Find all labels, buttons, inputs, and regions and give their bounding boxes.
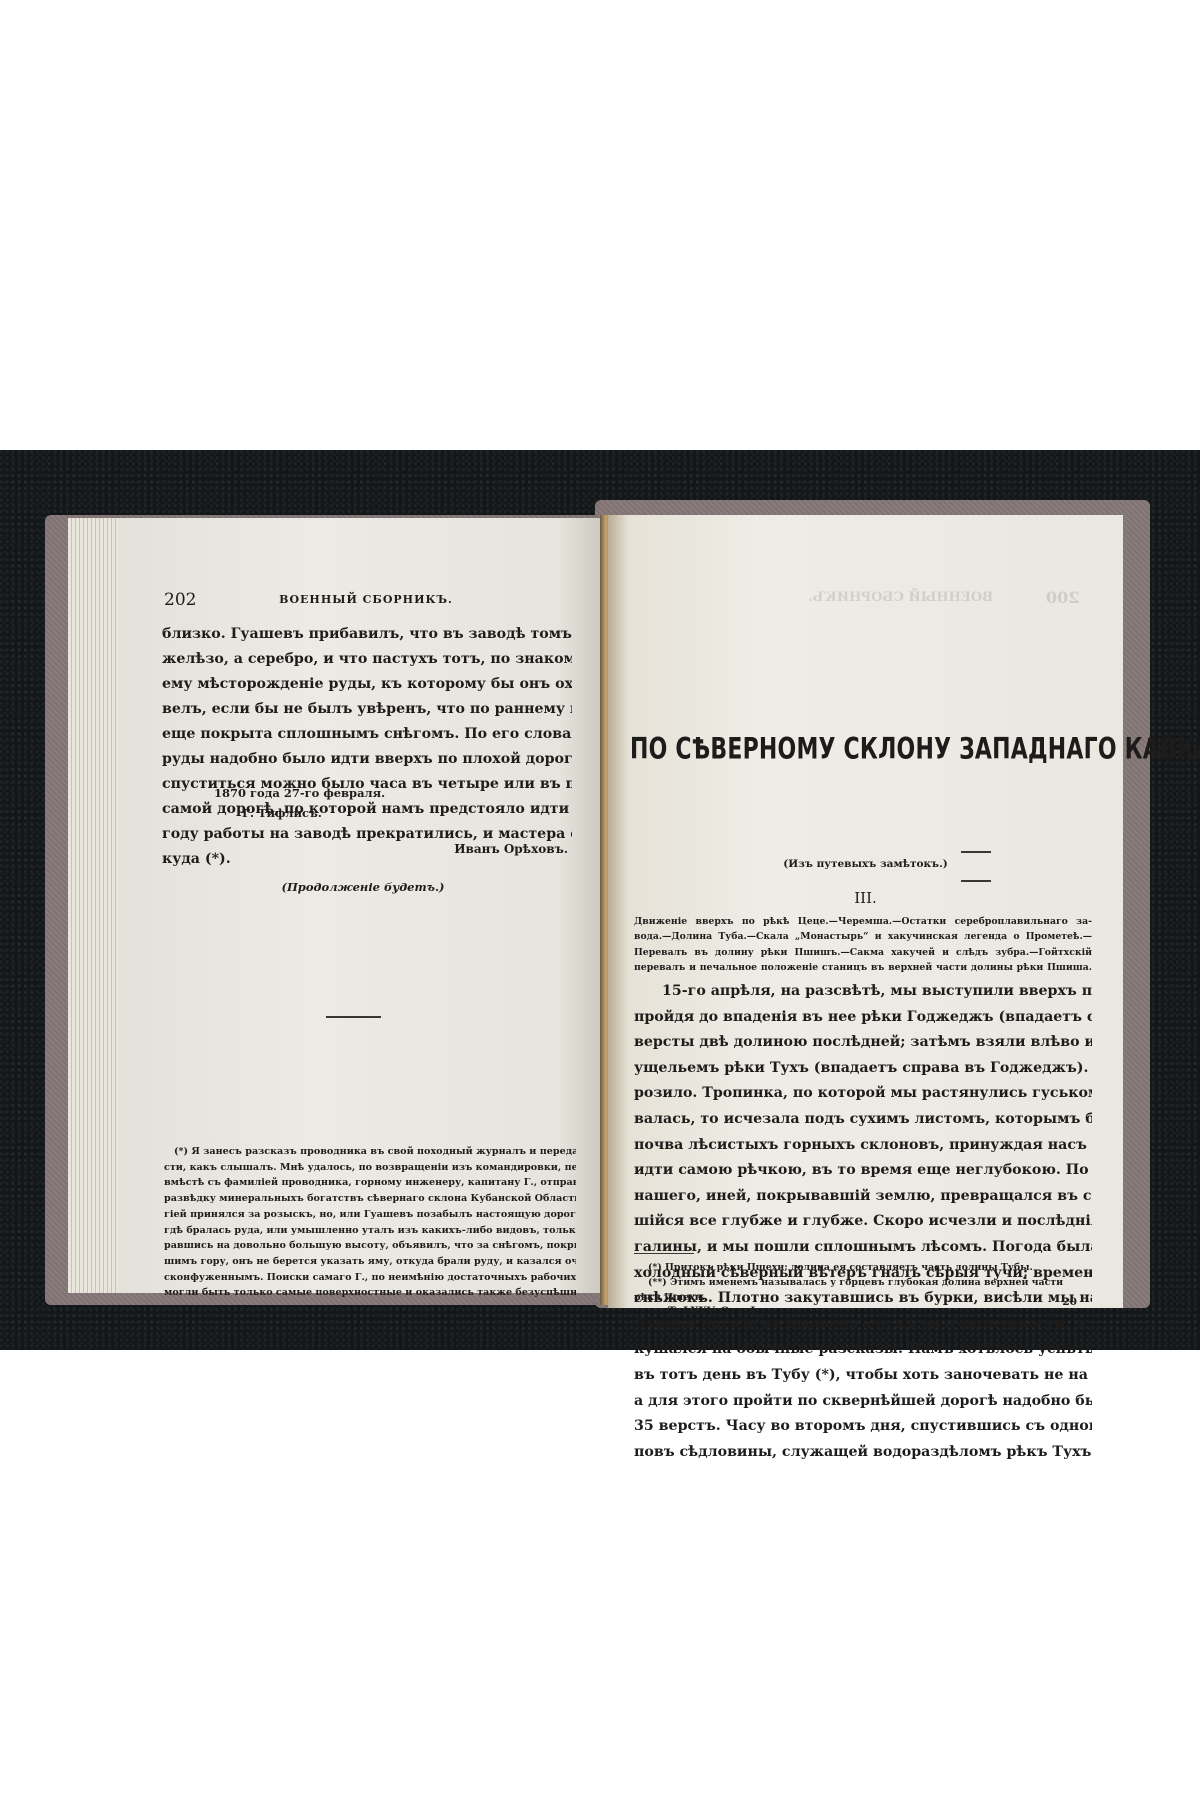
text-line: еще покрыта сплошнымъ снѣгомъ. По его сл… — [162, 722, 572, 747]
text-line: нашего, иней, покрывавшій землю, превращ… — [634, 1184, 1092, 1210]
text-line: въ тотъ день въ Тубу (*), чтобы хоть зан… — [634, 1363, 1092, 1389]
footnote-line: сконфуженнымъ. Поиски самаго Г., по неим… — [164, 1270, 576, 1286]
footnote-line: сти, какъ слышалъ. Мнѣ удалось, по возвр… — [164, 1160, 576, 1176]
chapter-title: ПО СѢВЕРНОМУ СКЛОНУ ЗАПАДНАГО КАВКАЗА. — [630, 733, 1099, 767]
bleed-through-running-head: ВОЕННЫЙ СБОРНИКЪ. — [808, 590, 993, 605]
footnote-line: равшись на довольно большую высоту, объя… — [164, 1238, 576, 1254]
signature-date: 1870 года 27-го февраля. — [214, 786, 385, 800]
text-line: шійся все глубже и глубже. Скоро исчезли… — [634, 1209, 1092, 1235]
footnote-line: шимъ гору, онъ не берется указать яму, о… — [164, 1254, 576, 1270]
title-rule-bottom — [961, 880, 991, 882]
text-line: идти самою рѣчкою, въ то время еще неглу… — [634, 1158, 1092, 1184]
text-line: 15-го апрѣля, на разсвѣтѣ, мы выступили … — [634, 979, 1092, 1005]
author-name: Иванъ Орѣховъ. — [454, 842, 568, 856]
right-page: ВОЕННЫЙ СБОРНИКЪ. 200 ПО СѢВЕРНОМУ СКЛОН… — [608, 515, 1123, 1308]
footnote-line: развѣдку минеральныхъ богатствъ сѣвернаг… — [164, 1191, 576, 1207]
title-rule-top — [961, 851, 991, 853]
text-line: версты двѣ долиною послѣдней; затѣмъ взя… — [634, 1030, 1092, 1056]
footnote-divider — [634, 1253, 694, 1254]
signature-city: Г. Тифлисъ. — [242, 806, 322, 820]
chapter-subtitle: (Изъ путевыхъ замѣтокъ.) — [608, 858, 1123, 870]
synopsis-line: вода.—Долина Туба.—Скала „Монастырь“ и х… — [634, 929, 1092, 944]
section-divider — [326, 1016, 381, 1018]
text-line: а для этого пройти по сквернѣйшей дорогѣ… — [634, 1389, 1092, 1415]
left-page: 202 ВОЕННЫЙ СБОРНИКЪ. близко. Гуашевъ пр… — [118, 518, 608, 1293]
section-number: III. — [608, 889, 1123, 907]
text-line: пройдя до впаденія въ нее рѣки Годжеджъ … — [634, 1005, 1092, 1031]
footnote-line: могли быть только самые поверхностные и … — [164, 1285, 576, 1301]
footnote-2-continued: рѣки Пшехи. — [634, 1290, 1092, 1305]
footnotes: (*) Притокъ рѣки Пшехи; долина ея состав… — [634, 1260, 1092, 1305]
text-line: галины, и мы пошли сплошнымъ лѣсомъ. Пог… — [634, 1235, 1092, 1261]
text-line: розило. Тропинка, по которой мы растянул… — [634, 1081, 1092, 1107]
text-line: 35 верстъ. Часу во второмъ дня, спустивш… — [634, 1414, 1092, 1440]
footnote-line: (*) Я занесъ разсказъ проводника въ свой… — [164, 1144, 576, 1160]
section-synopsis: Движеніе вверхъ по рѣкѣ Цеце.—Черемша.—О… — [634, 914, 1092, 975]
text-line: ему мѣсторожденіе руды, къ которому бы о… — [162, 672, 572, 697]
to-be-continued: (Продолженіе будетъ.) — [118, 880, 608, 894]
journal-title: ВОЕННЫЙ СБОРНИКЪ. — [164, 593, 568, 606]
footnote-2: (**) Этимъ именемъ называлась у горцевъ … — [634, 1275, 1092, 1290]
sheet-number: 20 — [1062, 1296, 1077, 1308]
text-line: кушался на обычные разсказы. Намъ хотѣло… — [634, 1337, 1092, 1363]
synopsis-line: Движеніе вверхъ по рѣкѣ Цеце.—Черемша.—О… — [634, 914, 1092, 929]
synopsis-line: перевалъ и печальное положеніе станицъ в… — [634, 960, 1092, 975]
footnote-line: вмѣстѣ съ фамиліей проводника, горному и… — [164, 1175, 576, 1191]
footnote-1: (*) Притокъ рѣки Пшехи; долина ея состав… — [634, 1260, 1092, 1275]
body-text: близко. Гуашевъ прибавилъ, что въ заводѣ… — [162, 622, 572, 872]
synopsis-line: Перевалъ въ долину рѣки Пшишъ.—Сакма хак… — [634, 945, 1092, 960]
footnote-line: гіей принялся за розыскъ, но, или Гуашев… — [164, 1207, 576, 1223]
text-line: руды надобно было идти вверхъ по плохой … — [162, 747, 572, 772]
footnote-line: гдѣ бралась руда, или умышленно уталъ из… — [164, 1223, 576, 1239]
text-line: велъ, если бы не былъ увѣренъ, что по ра… — [162, 697, 572, 722]
text-line: валась, то исчезала подъ сухимъ листомъ,… — [634, 1107, 1092, 1133]
text-line: почва лѣсистыхъ горныхъ склоновъ, принуж… — [634, 1133, 1092, 1159]
footnote: (*) Я занесъ разсказъ проводника въ свой… — [164, 1144, 576, 1301]
text-line: желѣзо, а серебро, и что пастухъ тотъ, п… — [162, 647, 572, 672]
text-line: ущельемъ рѣки Тухъ (впадаетъ справа въ Г… — [634, 1056, 1092, 1082]
text-line: самой дорогѣ, по которой намъ предстояло… — [162, 797, 572, 822]
text-line: близко. Гуашевъ прибавилъ, что въ заводѣ… — [162, 622, 572, 647]
body-text: 15-го апрѣля, на разсвѣтѣ, мы выступили … — [634, 979, 1092, 1465]
text-line: повъ сѣдловины, служащей водораздѣломъ р… — [634, 1440, 1092, 1466]
volume-signature: Т. LXXV. Отд. I. — [668, 1305, 759, 1317]
bleed-through-page-number: 200 — [1046, 588, 1079, 607]
